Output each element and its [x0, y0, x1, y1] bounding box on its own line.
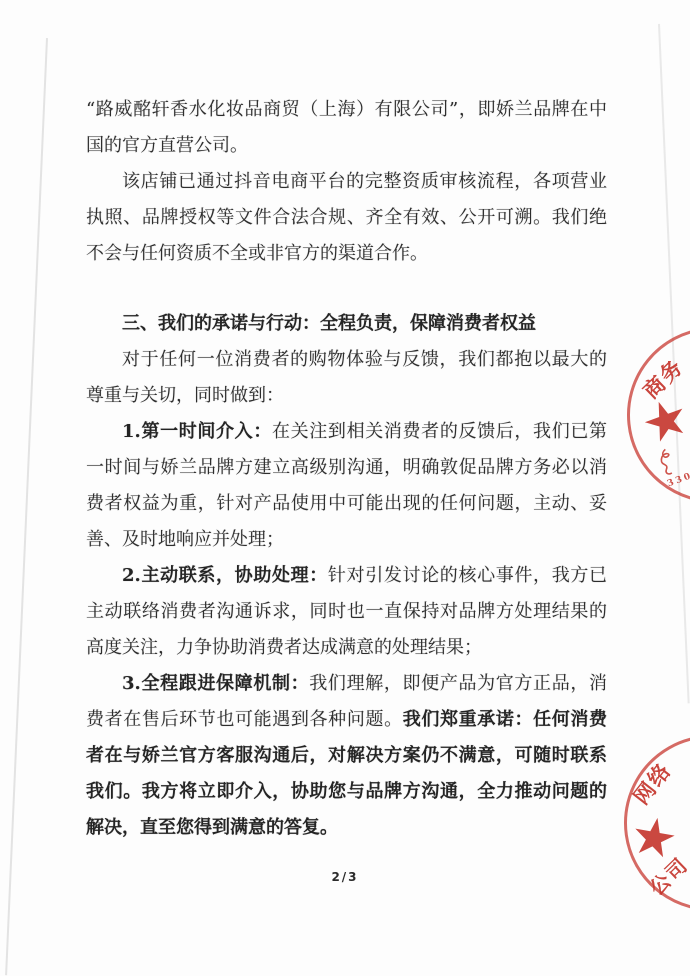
- page-edge-line-left: [5, 38, 48, 975]
- section-heading: 三、我们的承诺与行动：全程负责，保障消费者权益: [86, 306, 607, 342]
- paragraph: 该店铺已通过抖音电商平台的完整资质审核流程，各项营业执照、品牌授权等文件合法合规…: [86, 164, 607, 272]
- bold-text-run: 3.全程跟进保障机制：: [122, 673, 309, 694]
- scanned-document-page: “路威酩轩香水化妆品商贸（上海）有限公司”，即娇兰品牌在中国的官方直营公司。该店…: [0, 0, 690, 976]
- document-body: “路威酩轩香水化妆品商贸（上海）有限公司”，即娇兰品牌在中国的官方直营公司。该店…: [86, 92, 607, 846]
- red-seal-network: 网络 ★ 公司: [613, 724, 690, 923]
- red-seal-commerce: 商务 ★ 330111: [618, 318, 690, 511]
- bold-text-run: 2.主动联系，协助处理：: [122, 565, 328, 586]
- paragraph: 对于任何一位消费者的购物体验与反馈，我们都抱以最大的尊重与关切，同时做到：: [86, 342, 607, 414]
- paragraph: “路威酩轩香水化妆品商贸（上海）有限公司”，即娇兰品牌在中国的官方直营公司。: [86, 92, 607, 164]
- bold-text-run: 三、我们的承诺与行动：全程负责，保障消费者权益: [122, 313, 536, 334]
- paragraph: 2.主动联系，协助处理：针对引发讨论的核心事件，我方已主动联络消费者沟通诉求，同…: [86, 558, 607, 666]
- paragraph: 1.第一时间介入：在关注到相关消费者的反馈后，我们已第一时间与娇兰品牌方建立高级…: [86, 414, 607, 558]
- page-number: 2/3: [0, 870, 690, 884]
- star-icon: ★: [635, 389, 690, 454]
- bold-text-run: 1.第一时间介入：: [122, 421, 272, 442]
- paragraph: 3.全程跟进保障机制：我们理解，即便产品为官方正品，消费者在售后环节也可能遇到各…: [86, 666, 607, 846]
- seal-top-text: 网络: [626, 756, 678, 811]
- text-run: “路威酩轩香水化妆品商贸（上海）有限公司”，即娇兰品牌在中国的官方直营公司。: [86, 99, 607, 156]
- text-run: 该店铺已通过抖音电商平台的完整资质审核流程，各项营业执照、品牌授权等文件合法合规…: [86, 171, 607, 264]
- signature-scribble-icon: [651, 446, 684, 479]
- text-run: 对于任何一位消费者的购物体验与反馈，我们都抱以最大的尊重与关切，同时做到：: [86, 349, 607, 406]
